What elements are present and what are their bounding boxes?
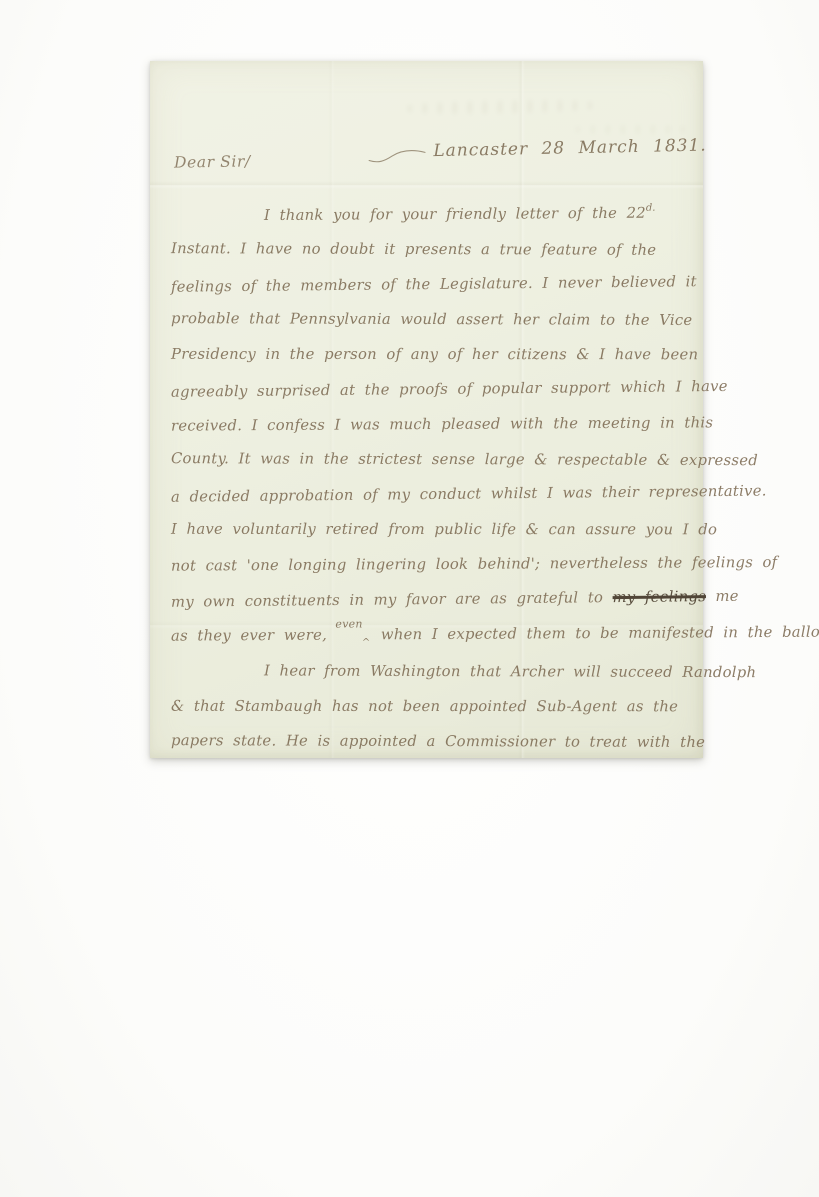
letter-line: County. It was in the strictest sense la…	[171, 441, 693, 478]
salutation: Dear Sir/	[174, 152, 251, 171]
paper-fold-crease	[150, 181, 703, 189]
letter-text-segment: when I expected them to be manifested in…	[371, 623, 819, 643]
letter-text-segment: I hear from Washington that Archer will …	[264, 662, 756, 681]
letter-line: feelings of the members of the Legislatu…	[171, 264, 693, 304]
letter-text-segment: ^	[362, 637, 371, 648]
flourish-swash	[368, 146, 426, 168]
letter-text-segment: County. It was in the strictest sense la…	[171, 450, 758, 469]
letter-text-segment: Instant. I have no doubt it presents a t…	[171, 240, 656, 259]
letter-text-segment: received. I confess I was much pleased w…	[171, 414, 713, 434]
letter-line: & that Stambaugh has not been appointed …	[171, 689, 693, 724]
letter-line: Instant. I have no doubt it presents a t…	[171, 231, 693, 268]
letter-line: not cast 'one longing lingering look beh…	[171, 545, 693, 583]
letter-text-segment: & that Stambaugh has not been appointed …	[171, 698, 678, 715]
letter-text-segment: I have voluntarily retired from public l…	[171, 521, 717, 538]
letter-line: as they ever were, even^ when I expected…	[171, 615, 693, 655]
letter-text-segment: even	[335, 617, 362, 630]
letter-line: Presidency in the person of any of her c…	[171, 337, 693, 372]
letter-text-segment: a decided approbation of my conduct whil…	[171, 482, 767, 505]
ink-showthrough-smudge	[402, 99, 602, 114]
letter-line: agreeably surprised at the proofs of pop…	[171, 369, 693, 409]
letter-text-segment: agreeably surprised at the proofs of pop…	[171, 378, 728, 401]
letter-text-segment: feelings of the members of the Legislatu…	[171, 273, 697, 296]
letter-text-segment: Presidency in the person of any of her c…	[171, 346, 698, 363]
page-background: Lancaster 28 March 1831. Dear Sir/ I tha…	[0, 0, 819, 1197]
dateline: Lancaster 28 March 1831.	[368, 135, 707, 168]
ink-showthrough-smudge	[570, 125, 690, 134]
letter-text-segment: d.	[646, 203, 656, 214]
letter-text-segment: as they ever were,	[171, 627, 337, 645]
letter-text-segment: I thank you for your friendly letter of …	[264, 205, 646, 224]
letter-body: I thank you for your friendly letter of …	[171, 192, 693, 759]
letter-line: I have voluntarily retired from public l…	[171, 512, 693, 547]
letter-line: a decided approbation of my conduct whil…	[171, 474, 693, 514]
letter-paper: Lancaster 28 March 1831. Dear Sir/ I tha…	[150, 61, 703, 758]
letter-text-segment: my feelings	[613, 588, 707, 606]
letter-line: I thank you for your friendly letter of …	[171, 190, 693, 233]
letter-text-segment: papers state. He is appointed a Commissi…	[171, 732, 705, 751]
letter-line: my own constituents in my favor are as g…	[171, 579, 693, 619]
place-date-text: Lancaster 28 March 1831.	[433, 135, 707, 161]
letter-line: probable that Pennsylvania would assert …	[171, 301, 693, 338]
letter-line: papers state. He is appointed a Commissi…	[171, 723, 693, 760]
letter-line: I hear from Washington that Archer will …	[171, 653, 693, 690]
letter-text-segment: probable that Pennsylvania would assert …	[171, 310, 693, 329]
letter-text-segment: not cast 'one longing lingering look beh…	[171, 554, 777, 575]
letter-line: received. I confess I was much pleased w…	[171, 405, 693, 443]
letter-text-segment: me	[706, 588, 739, 605]
letter-text-segment: my own constituents in my favor are as g…	[171, 589, 613, 611]
